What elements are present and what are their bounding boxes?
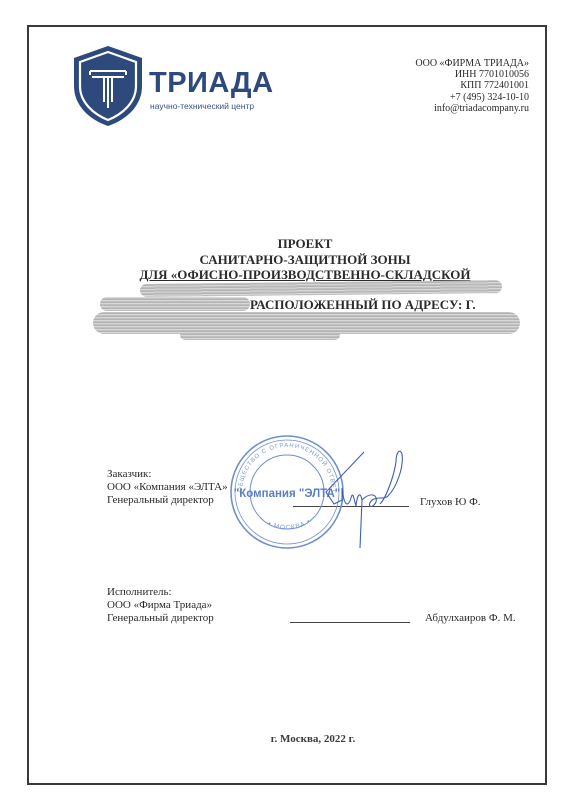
contact-phone: +7 (495) 324-10-10 <box>415 92 529 103</box>
title-line-4: РАСПОЛОЖЕННЫЙ ПО АДРЕСУ: Г. <box>250 297 476 313</box>
shield-t-icon <box>70 44 146 128</box>
company-logo: ТРИАДА научно-технический центр <box>70 44 290 128</box>
contact-kpp: КПП 772401001 <box>415 80 529 91</box>
customer-block: Заказчик: ООО «Компания «ЭЛТА» Генеральн… <box>107 468 228 507</box>
page-border <box>27 25 547 785</box>
contractor-role: Исполнитель: <box>107 586 214 599</box>
customer-position: Генеральный директор <box>107 494 228 507</box>
logo-subtitle: научно-технический центр <box>150 101 254 111</box>
contractor-signer: Абдулхаиров Ф. М. <box>425 612 516 624</box>
contractor-signature-line <box>290 622 410 623</box>
city-year: г. Москва, 2022 г. <box>0 733 568 745</box>
document-title: ПРОЕКТ САНИТАРНО-ЗАЩИТНОЙ ЗОНЫ ДЛЯ «ОФИС… <box>80 236 530 283</box>
logo-name: ТРИАДА <box>149 67 274 100</box>
company-contacts: ООО «ФИРМА ТРИАДА» ИНН 7701010056 КПП 77… <box>415 58 529 114</box>
redaction-mark <box>100 297 250 311</box>
svg-text:• МОСКВА •: • МОСКВА • <box>267 518 312 532</box>
customer-signature <box>320 448 415 558</box>
customer-role: Заказчик: <box>107 468 228 481</box>
title-line-2: САНИТАРНО-ЗАЩИТНОЙ ЗОНЫ <box>80 252 530 268</box>
contact-company: ООО «ФИРМА ТРИАДА» <box>415 58 529 69</box>
contractor-position: Генеральный директор <box>107 612 214 625</box>
contact-inn: ИНН 7701010056 <box>415 69 529 80</box>
contractor-block: Исполнитель: ООО «Фирма Триада» Генераль… <box>107 586 214 625</box>
contractor-company: ООО «Фирма Триада» <box>107 599 214 612</box>
customer-company: ООО «Компания «ЭЛТА» <box>107 481 228 494</box>
contact-email[interactable]: info@triadacompany.ru <box>415 103 529 114</box>
redaction-mark <box>180 330 340 340</box>
title-line-1: ПРОЕКТ <box>80 236 530 252</box>
customer-signer: Глухов Ю Ф. <box>420 496 481 508</box>
